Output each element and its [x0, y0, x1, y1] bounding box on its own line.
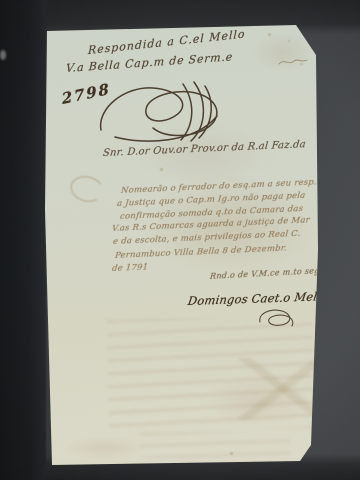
ink-showthrough-lower	[140, 432, 290, 458]
ring-stain	[67, 172, 106, 205]
manuscript-page: Respondida a C.el Mello V.a Bella Cap.m …	[0, 0, 360, 480]
salutation-line: Snr. D.or Ouv.or Prov.or da R.al Faz.da	[102, 139, 306, 159]
manuscript-photograph: Respondida a C.el Mello V.a Bella Cap.m …	[0, 0, 360, 480]
fox-spot	[300, 63, 303, 65]
registry-number: 2798	[61, 80, 112, 108]
closing-line: Rnd.o de V.M.ce m.to seg.ro	[210, 266, 333, 281]
rubric-flourish-icon	[95, 80, 220, 142]
fox-spot	[268, 33, 271, 36]
fox-spot	[288, 40, 290, 42]
fox-spot	[230, 452, 233, 455]
place-date-line: Pernambuco Villa Bella 8 de Dezembr.	[115, 243, 288, 261]
mount-speck	[0, 50, 6, 60]
pen-squiggle-icon	[278, 56, 308, 68]
year-line: de 1791	[112, 262, 149, 274]
signature-name: Domingos Caet.o Mello	[187, 289, 329, 308]
fox-spot	[160, 168, 163, 171]
